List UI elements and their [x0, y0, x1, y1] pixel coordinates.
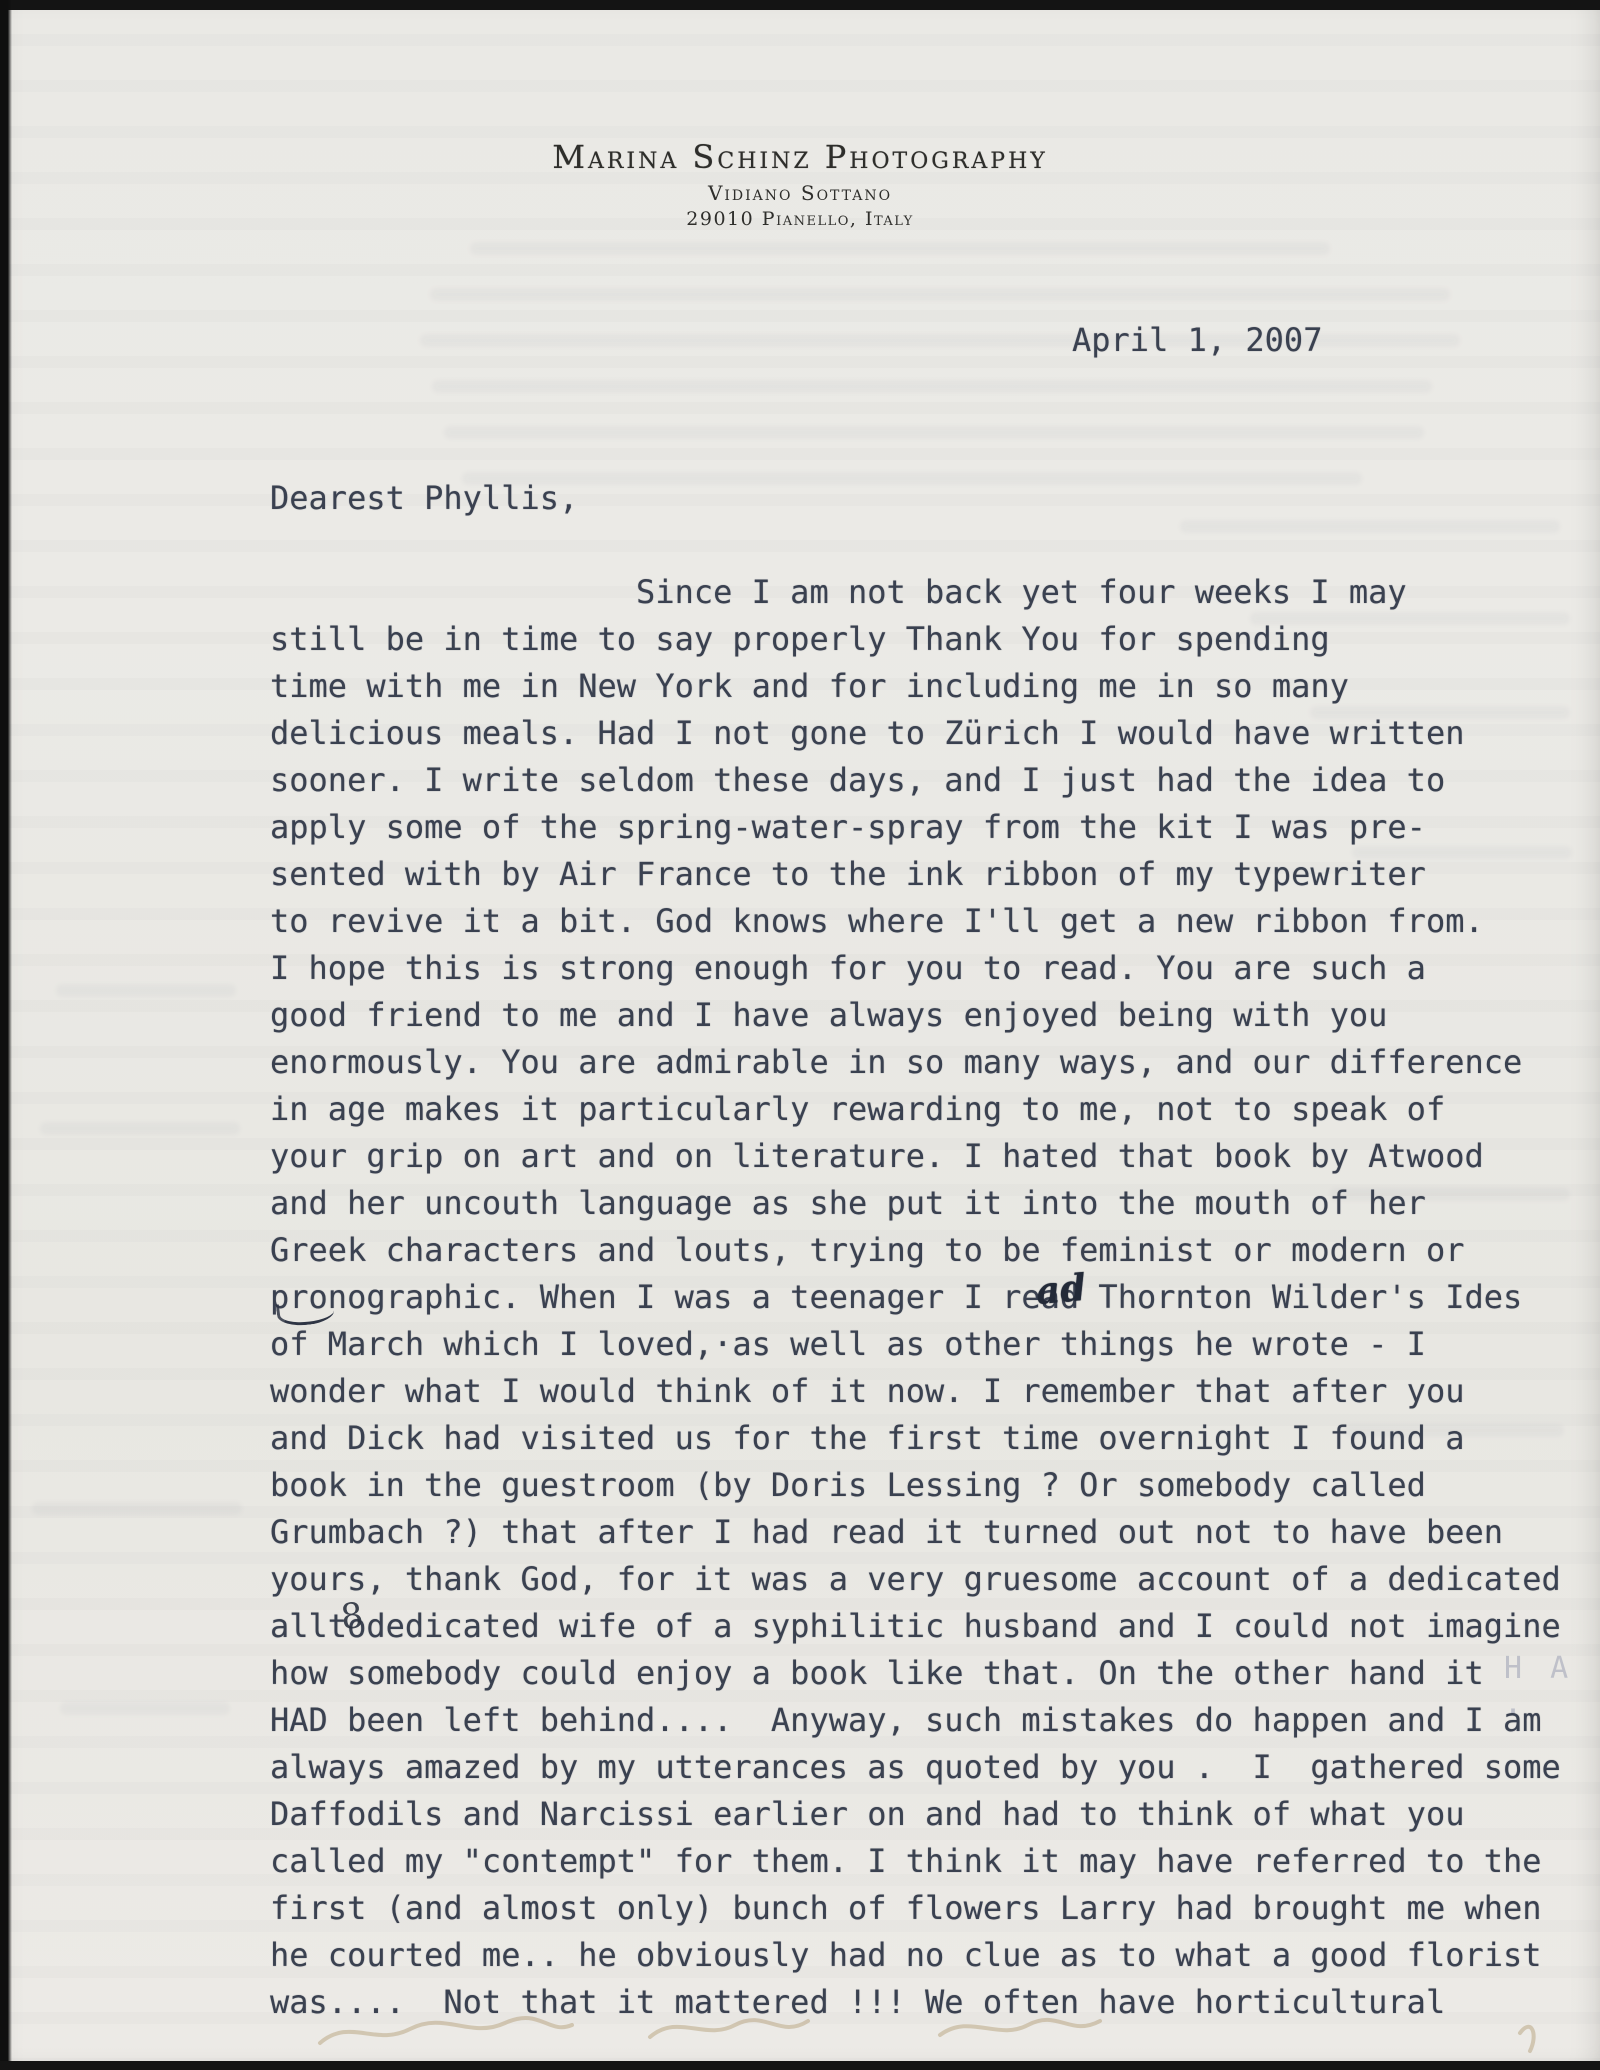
- scan-edge-left: [0, 0, 12, 2070]
- body-line: pronographic. When I was a teenager I re…: [270, 1277, 1522, 1317]
- bleedthrough-ghost: [60, 1702, 230, 1715]
- body-line: was.... Not that it mattered !!! We ofte…: [270, 1982, 1445, 2022]
- overstrike-mark: 8: [339, 1596, 366, 1638]
- letterhead-address-line1: Vidiano Sottano: [0, 181, 1600, 205]
- salutation: Dearest Phyllis,: [270, 478, 578, 518]
- body-line: he courted me.. he obviously had no clue…: [270, 1935, 1542, 1975]
- body-line: alltodedicated wife of a syphilitic husb…: [270, 1606, 1561, 1646]
- body-line: Greek characters and louts, trying to be…: [270, 1230, 1464, 1270]
- bleedthrough-ghost: [432, 380, 1432, 393]
- handwritten-correction-ad: ad: [1034, 1265, 1088, 1313]
- body-line: I hope this is strong enough for you to …: [270, 948, 1426, 988]
- body-line: Since I am not back yet four weeks I may: [270, 572, 1407, 612]
- body-line: called my "contempt" for them. I think i…: [270, 1841, 1542, 1881]
- body-line: sented with by Air France to the ink rib…: [270, 854, 1426, 894]
- body-line: Grumbach ?) that after I had read it tur…: [270, 1512, 1503, 1552]
- body-line: in age makes it particularly rewarding t…: [270, 1089, 1445, 1129]
- body-line: how somebody could enjoy a book like tha…: [270, 1653, 1484, 1693]
- letterhead-address-line2: 29010 Pianello, Italy: [0, 208, 1600, 230]
- body-line: yours, thank God, for it was a very grue…: [270, 1559, 1561, 1599]
- bleedthrough-ghost: [470, 242, 1330, 255]
- bleedthrough-ghost: [32, 1502, 242, 1515]
- bleedthrough-ghost: [462, 472, 1362, 485]
- body-line: book in the guestroom (by Doris Lessing …: [270, 1465, 1426, 1505]
- body-line: HAD been left behind.... Anyway, such mi…: [270, 1700, 1542, 1740]
- body-line: to revive it a bit. God knows where I'll…: [270, 901, 1484, 941]
- letter-page: Marina Schinz Photography Vidiano Sottan…: [0, 0, 1600, 2070]
- body-line: good friend to me and I have always enjo…: [270, 995, 1387, 1035]
- letterhead-name: Marina Schinz Photography: [0, 138, 1600, 176]
- bleedthrough-ghost: [444, 426, 1424, 439]
- faint-typed-ha: H A .: [1504, 1651, 1600, 1721]
- body-line: always amazed by my utterances as quoted…: [270, 1747, 1561, 1787]
- body-line: of March which I loved,·as well as other…: [270, 1324, 1426, 1364]
- bleedthrough-ghost: [56, 984, 236, 997]
- body-line: Daffodils and Narcissi earlier on and ha…: [270, 1794, 1464, 1834]
- bleedthrough-ghost: [430, 288, 1450, 301]
- date-line: April 1, 2007: [1072, 320, 1322, 360]
- body-line: your grip on art and on literature. I ha…: [270, 1136, 1484, 1176]
- scan-edge-top: [0, 0, 1600, 10]
- body-line: sooner. I write seldom these days, and I…: [270, 760, 1445, 800]
- body-line: enormously. You are admirable in so many…: [270, 1042, 1522, 1082]
- scan-edge-bottom: [0, 2061, 1600, 2070]
- body-line: and her uncouth language as she put it i…: [270, 1183, 1426, 1223]
- body-line: and Dick had visited us for the first ti…: [270, 1418, 1464, 1458]
- body-line: first (and almost only) bunch of flowers…: [270, 1888, 1542, 1928]
- body-line: time with me in New York and for includi…: [270, 666, 1349, 706]
- bleedthrough-ghost: [40, 1122, 240, 1135]
- body-line: still be in time to say properly Thank Y…: [270, 619, 1330, 659]
- body-line: apply some of the spring-water-spray fro…: [270, 807, 1426, 847]
- body-line: delicious meals. Had I not gone to Züric…: [270, 713, 1464, 753]
- bleedthrough-ghost: [1180, 520, 1560, 533]
- body-line: wonder what I would think of it now. I r…: [270, 1371, 1464, 1411]
